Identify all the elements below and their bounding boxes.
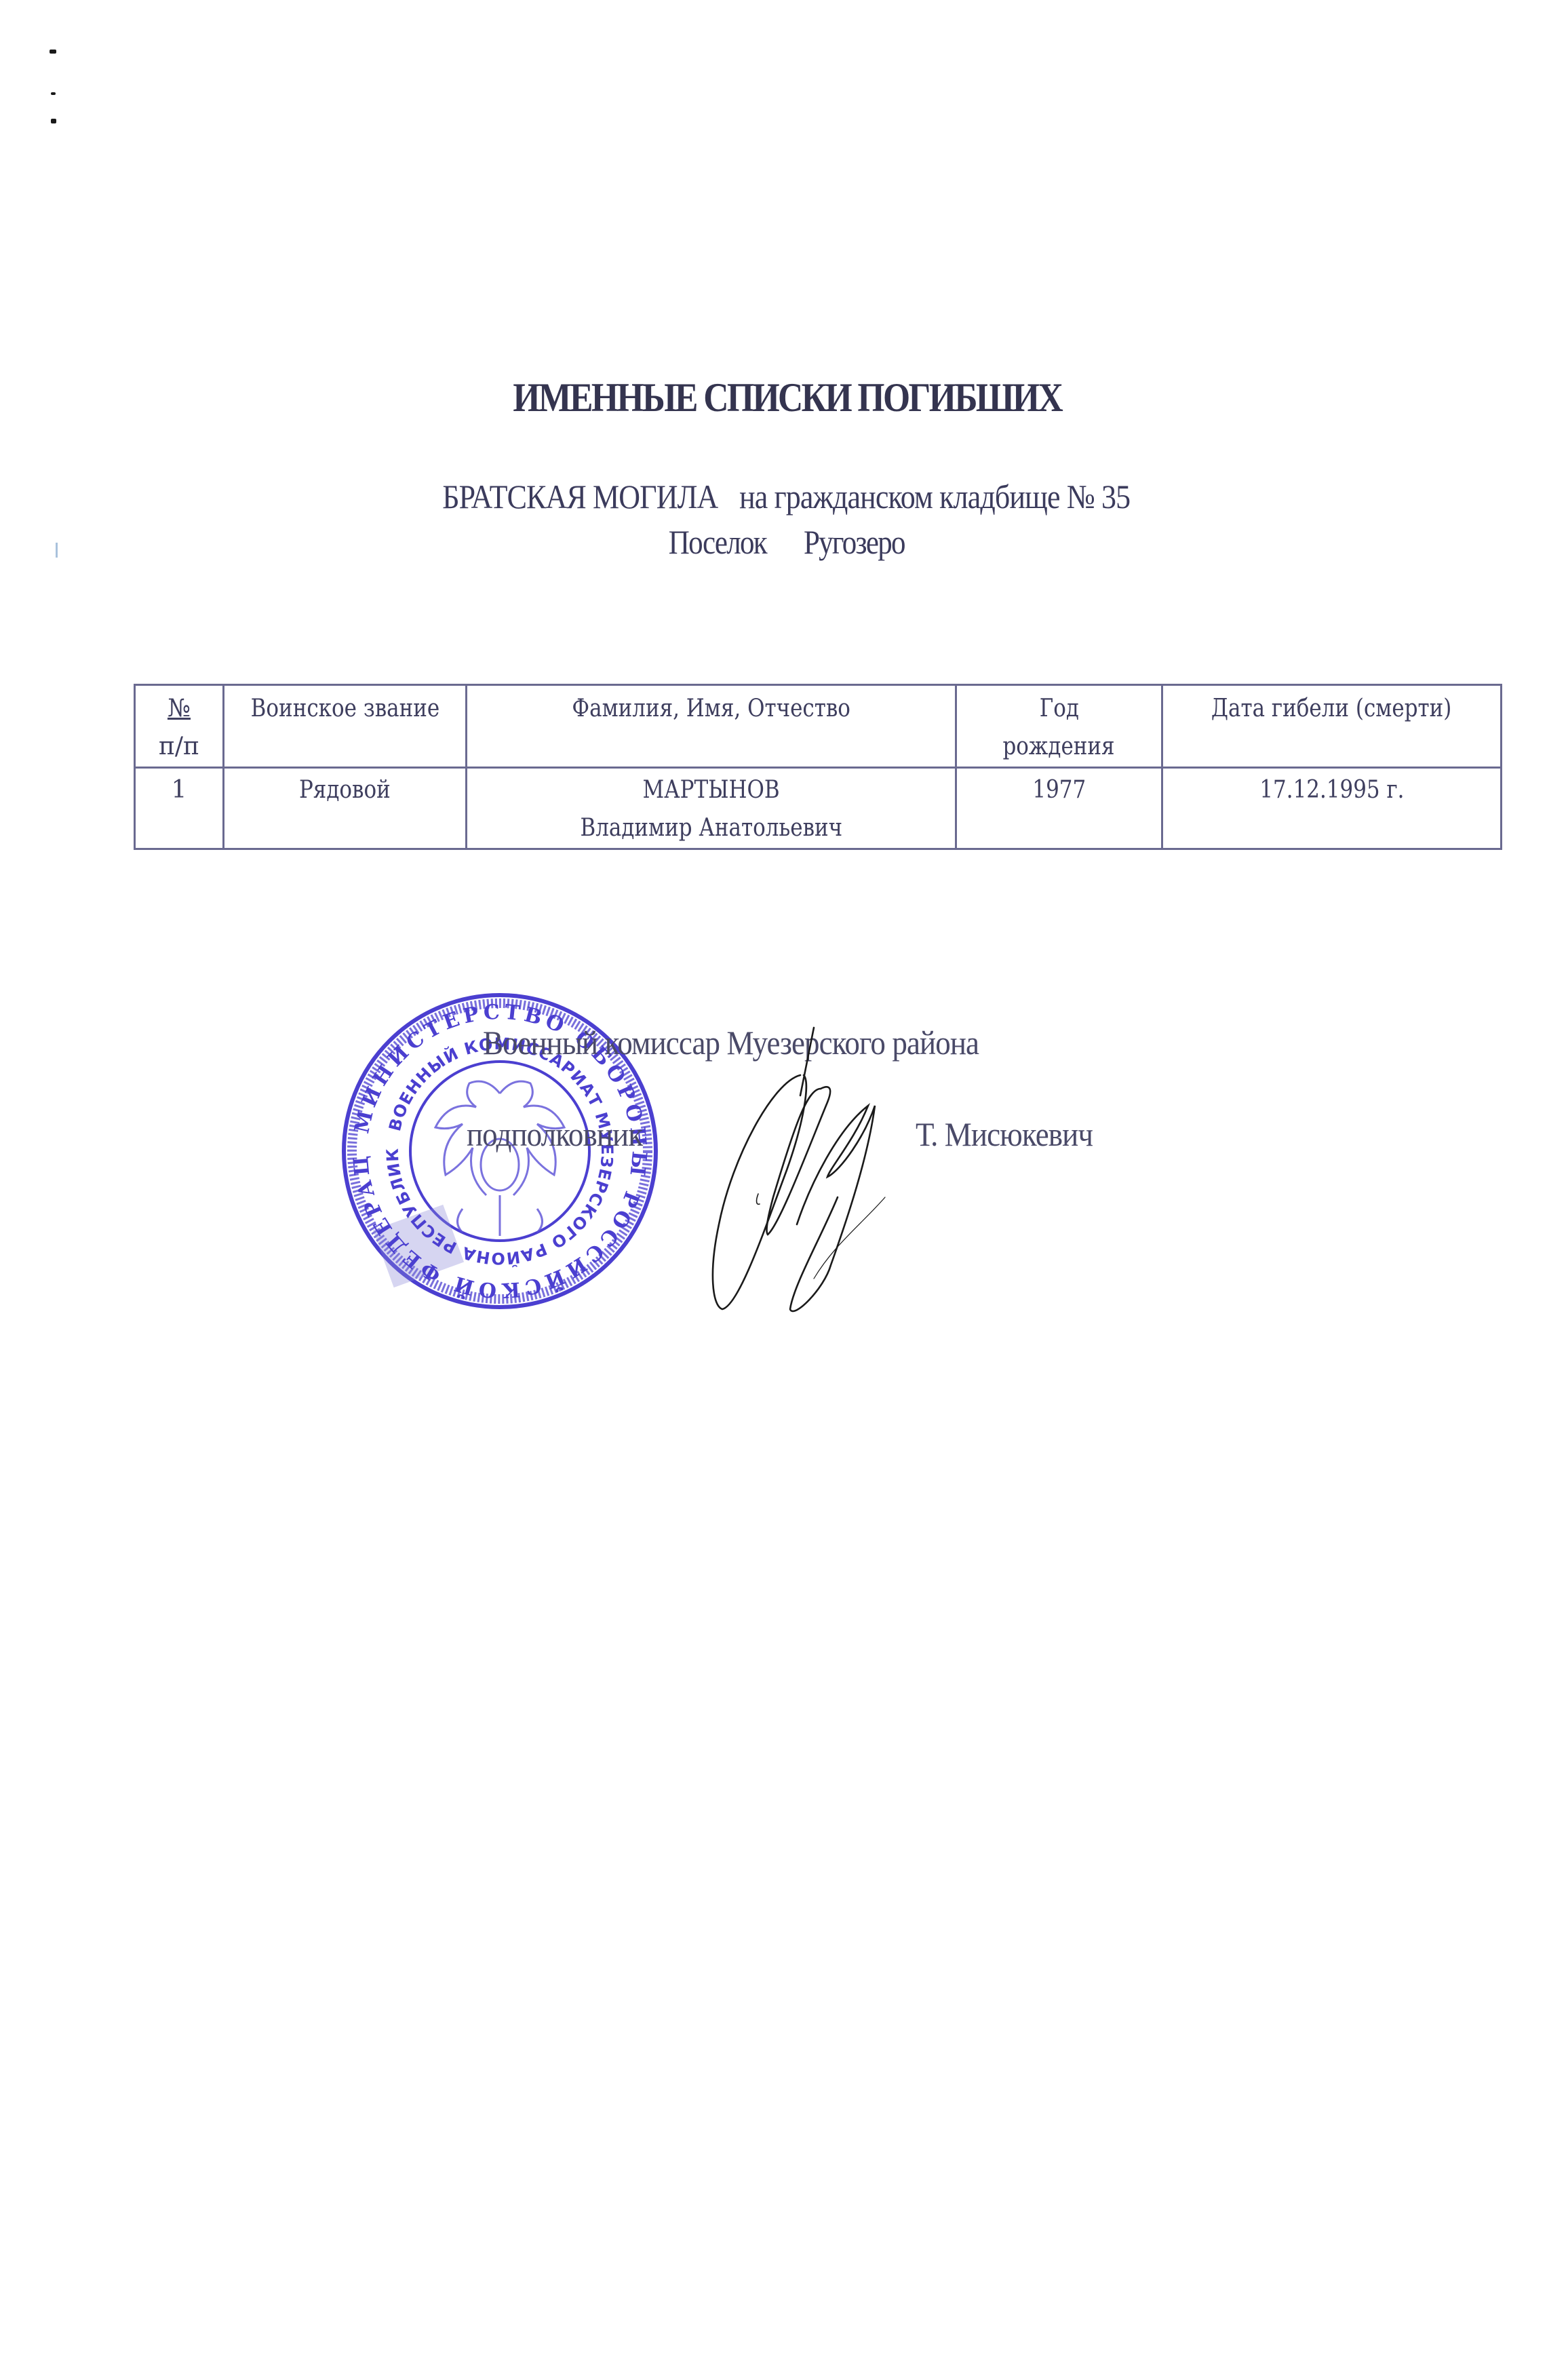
table-header-row: № п/п Воинское звание Фамилия, Имя, Отче… [135,685,1502,768]
header-number: № п/п [135,685,224,768]
header-birth-year-line1: Год [1039,690,1078,728]
header-number-line2: п/п [136,728,222,766]
grave-location: на гражданском кладбище № 35 [739,478,1130,516]
header-full-name: Фамилия, Имя, Отчество [467,685,956,768]
margin-tick [56,543,58,558]
cell-birth-year: 1977 [956,768,1162,849]
header-full-name-label: Фамилия, Имя, Отчество [572,690,850,728]
header-death-date-label: Дата гибели (смерти) [1211,690,1452,728]
casualty-table: № п/п Воинское звание Фамилия, Имя, Отче… [134,684,1502,850]
signatory-name: Т. Мисюкевич [916,1114,1093,1154]
header-birth-year: Год рождения [956,685,1162,768]
cell-birth-year-value: 1977 [1032,771,1086,809]
cell-number: 1 [135,768,224,849]
margin-mark [51,92,56,95]
cell-rank: Рядовой [224,768,467,849]
grave-type: БРАТСКАЯ МОГИЛА [442,478,718,516]
grave-heading: БРАТСКАЯ МОГИЛАна гражданском кладбище №… [96,477,1476,516]
handwritten-signature-icon [692,1021,895,1319]
settlement-label: Поселок [669,523,766,561]
cell-surname: МАРТЫНОВ [642,771,779,809]
cell-full-name: МАРТЫНОВ Владимир Анатольевич [467,768,956,849]
cell-given-names: Владимир Анатольевич [580,809,842,847]
signatory-rank: подполковник [467,1114,642,1154]
cell-death-date-value: 17.12.1995 г. [1259,771,1404,809]
header-death-date: Дата гибели (смерти) [1162,685,1502,768]
settlement-name: Ругозеро [804,523,905,561]
margin-mark [50,50,56,54]
header-number-line1: № [136,690,222,728]
header-birth-year-line2: рождения [1003,728,1115,766]
settlement-line: ПоселокРугозеро [113,522,1461,562]
header-rank: Воинское звание [224,685,467,768]
margin-mark [51,119,56,123]
table-row: 1 Рядовой МАРТЫНОВ Владимир Анатольевич … [135,768,1502,849]
cell-rank-value: Рядовой [299,771,391,809]
cell-death-date: 17.12.1995 г. [1162,768,1502,849]
header-rank-label: Воинское звание [250,690,439,728]
document-title: ИМЕННЫЕ СПИСКИ ПОГИБШИХ [113,374,1462,421]
